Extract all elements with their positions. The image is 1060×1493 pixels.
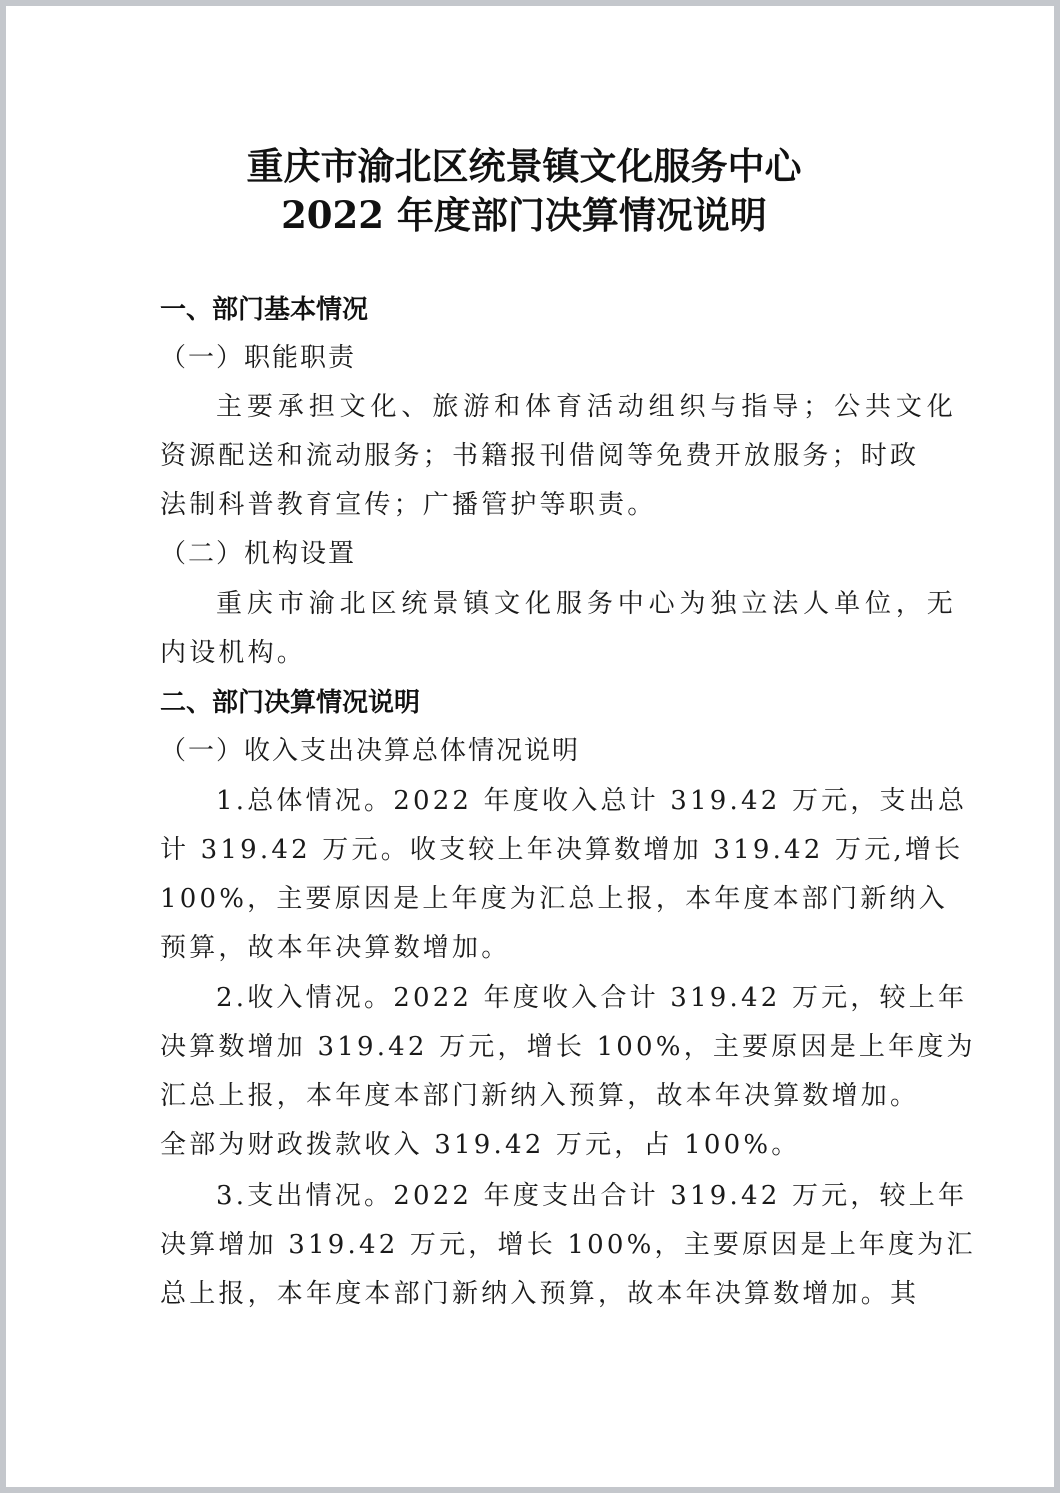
paragraph-line: 内设机构。 (160, 637, 900, 669)
paragraph-line: 预算，故本年决算数增加。 (160, 932, 900, 964)
document-title-line-1: 重庆市渝北区统景镇文化服务中心 (0, 136, 1054, 190)
paragraph-line: 主要承担文化、旅游和体育活动组织与指导；公共文化 (160, 391, 956, 423)
paragraph-line: 资源配送和流动服务；书籍报刊借阅等免费开放服务；时政 (160, 440, 900, 472)
paragraph-line: 总上报，本年度本部门新纳入预算，故本年决算数增加。其 (160, 1278, 900, 1310)
section-heading-final-accounts: 二、部门决算情况说明 (160, 687, 900, 719)
subsection-heading-functions: （一）职能职责 (160, 342, 900, 374)
subsection-heading-income-expense-overview: （一）收入支出决算总体情况说明 (160, 735, 900, 767)
paragraph-line: 计 319.42 万元。收支较上年决算数增加 319.42 万元,增长 (160, 834, 900, 866)
subsection-heading-organization: （二）机构设置 (160, 538, 900, 570)
paragraph-line: 3.支出情况。2022 年度支出合计 319.42 万元，较上年 (160, 1180, 956, 1212)
paragraph-line: 全部为财政拨款收入 319.42 万元，占 100%。 (160, 1129, 900, 1161)
paragraph-line: 决算数增加 319.42 万元，增长 100%，主要原因是上年度为 (160, 1031, 900, 1063)
paragraph-line: 1.总体情况。2022 年度收入总计 319.42 万元，支出总 (160, 785, 956, 817)
paragraph-line: 汇总上报，本年度本部门新纳入预算，故本年决算数增加。 (160, 1080, 900, 1112)
paragraph-line: 法制科普教育宣传；广播管护等职责。 (160, 489, 900, 521)
paragraph-line: 决算增加 319.42 万元，增长 100%，主要原因是上年度为汇 (160, 1229, 900, 1261)
paragraph-line: 重庆市渝北区统景镇文化服务中心为独立法人单位，无 (160, 588, 956, 620)
paragraph-line: 2.收入情况。2022 年度收入合计 319.42 万元，较上年 (160, 982, 956, 1014)
section-heading-basic-info: 一、部门基本情况 (160, 294, 900, 326)
paragraph-line: 100%，主要原因是上年度为汇总上报，本年度本部门新纳入 (160, 883, 900, 915)
document-title-line-2: 2022 年度部门决算情况说明 (0, 185, 1054, 239)
